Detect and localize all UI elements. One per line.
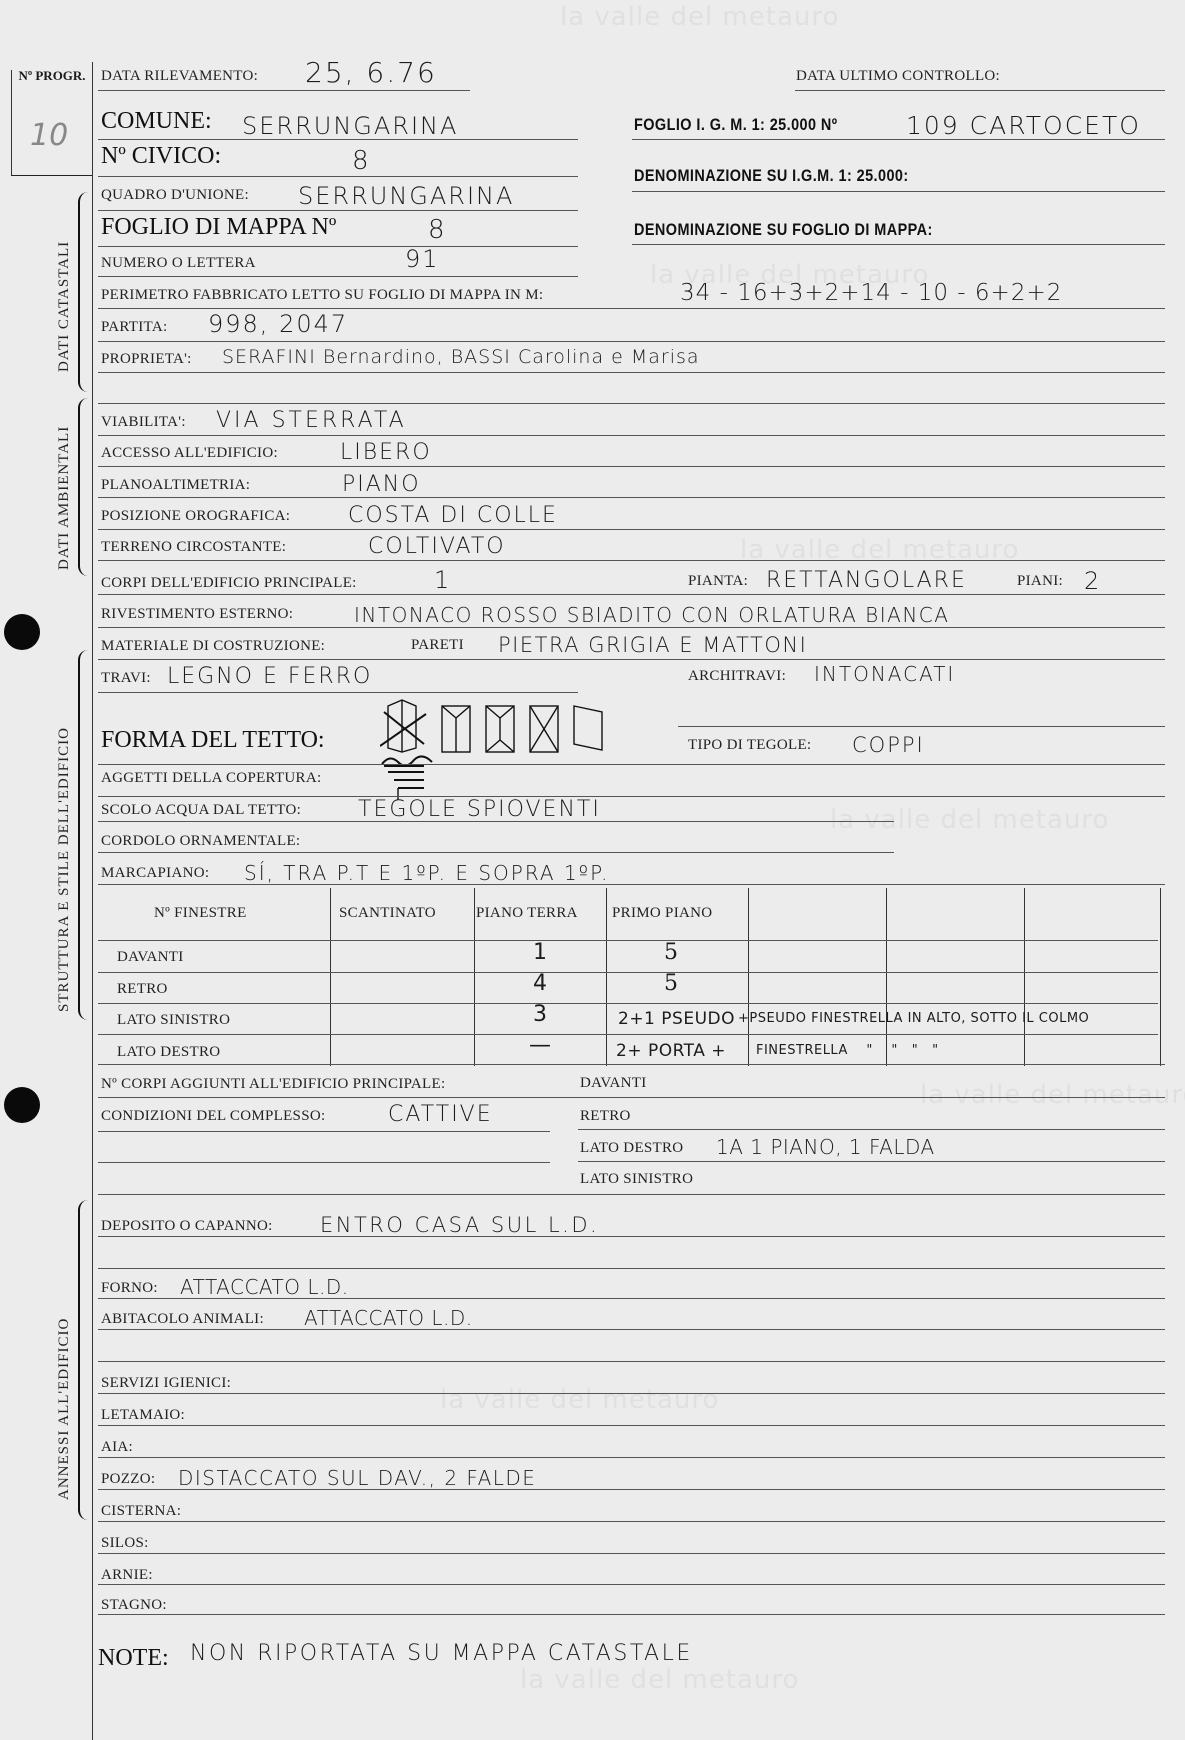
table-header: PRIMO PIANO	[612, 905, 712, 922]
underline	[98, 210, 578, 211]
underline	[98, 560, 1165, 561]
forno-label: FORNO:	[101, 1280, 158, 1297]
corpi-value[interactable]: 1	[434, 566, 451, 594]
marcapiano-value[interactable]: SÍ, TRA P.T E 1ºP. E SOPRA 1ºP.	[244, 861, 609, 885]
underline	[98, 1162, 550, 1163]
marcapiano-label: MARCAPIANO:	[101, 865, 209, 882]
foglio-igm-label: FOGLIO I. G. M. 1: 25.000 Nº	[634, 115, 837, 135]
corpi-aggiunti-label: Nº CORPI AGGIUNTI ALL'EDIFICIO PRINCIPAL…	[101, 1076, 445, 1093]
roof-four-slope-icon[interactable]	[530, 706, 558, 752]
underline	[98, 1553, 1165, 1554]
travi-value[interactable]: LEGNO E FERRO	[167, 664, 372, 689]
extra-note-cell[interactable]: +PSEUDO FINESTRELLA IN ALTO, SOTTO IL CO…	[738, 1011, 1089, 1026]
cisterna-label: CISTERNA:	[101, 1503, 181, 1520]
cornice-icon	[382, 756, 432, 800]
table-col-line	[886, 888, 887, 1066]
perimetro-label: PERIMETRO FABBRICATO LETTO SU FOGLIO DI …	[101, 287, 543, 304]
letamaio-label: LETAMAIO:	[101, 1407, 185, 1424]
deposito-value[interactable]: ENTRO CASA SUL L.D.	[320, 1213, 599, 1237]
terreno-label: TERRENO CIRCOSTANTE:	[101, 539, 286, 556]
extra-note-cell[interactable]: FINESTRELLA " " " "	[756, 1043, 939, 1058]
section-label-annessi: ANNESSI ALL'EDIFICIO	[56, 1318, 73, 1500]
roof-two-slope-icon[interactable]	[442, 706, 470, 752]
retro-label: RETRO	[580, 1108, 631, 1125]
civico-label: Nº CIVICO:	[101, 143, 221, 170]
progr-label: Nº PROGR.	[14, 68, 90, 84]
comune-label: COMUNE:	[101, 108, 212, 135]
servizi-label: SERVIZI IGIENICI:	[101, 1375, 231, 1392]
underline	[98, 852, 894, 853]
underline	[98, 1393, 1165, 1394]
underline	[98, 1489, 1165, 1490]
underline	[98, 90, 470, 91]
underline	[578, 1161, 1165, 1162]
primo-piano-cell[interactable]: 5	[606, 940, 736, 965]
underline	[98, 764, 1165, 765]
piano-terra-cell[interactable]: —	[474, 1033, 606, 1058]
tipo-tegole-value[interactable]: COPPI	[852, 733, 925, 757]
underline	[98, 796, 1165, 797]
brace-annessi	[78, 1200, 88, 1520]
comune-value[interactable]: SERRUNGARINA	[242, 112, 458, 140]
underline	[98, 403, 1165, 404]
quadro-label: QUADRO D'UNIONE:	[101, 187, 249, 204]
planoalt-label: PLANOALTIMETRIA:	[101, 477, 250, 494]
roof-padiglione-crossed-icon[interactable]	[380, 700, 426, 752]
scolo-value[interactable]: TEGOLE SPIOVENTI	[358, 797, 601, 822]
section-label-catastali: DATI CATASTALI	[56, 241, 73, 372]
pozzo-value[interactable]: DISTACCATO SUL DAV., 2 FALDE	[178, 1466, 536, 1490]
underline	[98, 1457, 1165, 1458]
underline	[98, 529, 1165, 530]
proprieta-value[interactable]: SERAFINI Bernardino, BASSI Carolina e Ma…	[222, 346, 700, 368]
margin-line	[92, 62, 93, 1740]
foglio-mappa-value[interactable]: 8	[428, 215, 447, 245]
data-ultimo-controllo-label: DATA ULTIMO CONTROLLO:	[796, 68, 1000, 85]
section-label-struttura: STRUTTURA E STILE DELL'EDIFICIO	[56, 727, 73, 1012]
partita-label: PARTITA:	[101, 319, 167, 336]
civico-value[interactable]: 8	[352, 146, 371, 176]
data-rilevamento-value[interactable]: 25, 6.76	[305, 56, 437, 89]
posizione-label: POSIZIONE OROGRAFICA:	[101, 508, 290, 525]
underline	[98, 176, 578, 177]
progr-box-left	[11, 70, 12, 175]
corpi-label: CORPI DELL'EDIFICIO PRINCIPALE:	[101, 575, 357, 592]
table-col-line	[748, 888, 749, 1066]
underline	[98, 1298, 1165, 1299]
arnie-label: ARNIE:	[101, 1567, 153, 1584]
underline	[632, 244, 1165, 245]
posizione-value[interactable]: COSTA DI COLLE	[348, 503, 558, 528]
abitacolo-value[interactable]: ATTACCATO L.D.	[304, 1306, 473, 1330]
perimetro-value[interactable]: 34 - 16+3+2+14 - 10 - 6+2+2	[680, 280, 1062, 306]
denom-foglio-label: DENOMINAZIONE SU FOGLIO DI MAPPA:	[634, 220, 933, 240]
underline	[678, 726, 1165, 727]
rivestimento-label: RIVESTIMENTO ESTERNO:	[101, 606, 293, 623]
binder-hole	[4, 1087, 40, 1123]
watermark: la valle del metauro	[830, 805, 1109, 835]
foglio-igm-value[interactable]: 109 CARTOCETO	[906, 111, 1141, 140]
underline	[98, 659, 1165, 660]
data-rilevamento-label: DATA RILEVAMENTO:	[101, 68, 258, 85]
piano-terra-cell[interactable]: 4	[474, 971, 606, 996]
architravi-value[interactable]: INTONACATI	[814, 662, 955, 686]
tipo-tegole-label: TIPO DI TEGOLE:	[688, 737, 811, 754]
underline	[98, 1425, 1165, 1426]
piano-terra-cell[interactable]: 1	[474, 940, 606, 965]
brace-catastali	[78, 192, 88, 392]
architravi-label: ARCHITRAVI:	[688, 668, 786, 685]
abitacolo-label: ABITACOLO ANIMALI:	[101, 1311, 264, 1328]
table-header: PIANO TERRA	[476, 905, 578, 922]
table-col-line	[1024, 888, 1025, 1066]
numero-label: NUMERO o LETTERA	[101, 255, 256, 272]
primo-piano-cell[interactable]: 2+1 PSEUDO	[618, 1009, 735, 1029]
underline	[98, 341, 1165, 342]
underline	[98, 1236, 1165, 1237]
forno-value[interactable]: ATTACCATO L.D.	[180, 1275, 349, 1299]
piano-terra-cell[interactable]: 3	[474, 1002, 606, 1027]
viabilita-value[interactable]: VIA STERRATA	[216, 408, 407, 433]
table-col-line	[1160, 888, 1161, 1066]
primo-piano-cell[interactable]: 5	[606, 971, 736, 996]
underline	[795, 90, 1165, 91]
piani-value[interactable]: 2	[1084, 567, 1101, 595]
row-label: LATO DESTRO	[117, 1044, 220, 1061]
underline	[98, 1131, 550, 1132]
underline	[98, 821, 894, 822]
progr-box-bottom	[11, 175, 92, 176]
proprieta-label: PROPRIETA':	[101, 351, 192, 368]
condizioni-value[interactable]: CATTIVE	[388, 1102, 493, 1127]
underline	[98, 308, 1165, 309]
deposito-label: DEPOSITO o CAPANNO:	[101, 1218, 273, 1235]
roof-shape-icons	[380, 696, 610, 806]
accesso-value[interactable]: LIBERO	[340, 440, 432, 465]
table-col-line	[330, 888, 331, 1066]
underline	[578, 1129, 1165, 1130]
brace-ambientali	[78, 398, 88, 576]
pianta-value[interactable]: RETTANGOLARE	[766, 568, 967, 593]
underline	[98, 139, 578, 140]
table-row-line	[98, 1003, 1158, 1004]
roof-single-slope-icon[interactable]	[574, 706, 602, 750]
quadro-value[interactable]: SERRUNGARINA	[298, 182, 514, 210]
underline	[98, 435, 1165, 436]
denom-igm-label: DENOMINAZIONE SU I.G.M. 1: 25.000:	[634, 166, 909, 186]
underline	[98, 1584, 1165, 1585]
table-header: SCANTINATO	[339, 905, 436, 922]
table-header: Nº FINESTRE	[154, 905, 247, 922]
table-row-line	[98, 1034, 1158, 1035]
viabilita-label: VIABILITA':	[101, 414, 186, 431]
watermark: la valle del metauro	[440, 1385, 719, 1415]
numero-value[interactable]: 91	[405, 245, 440, 273]
underline	[98, 466, 1165, 467]
materiale-value[interactable]: PIETRA GRIGIA E MATTONI	[498, 633, 807, 657]
pianta-label: PIANTA:	[688, 573, 748, 590]
partita-value[interactable]: 998, 2047	[208, 310, 348, 338]
aggetti-label: AGGETTI DELLA COPERTURA:	[101, 770, 321, 787]
brace-struttura	[78, 650, 88, 1020]
terreno-value[interactable]: COLTIVATO	[368, 534, 506, 559]
underline	[98, 1194, 1165, 1195]
row-label: RETRO	[117, 981, 168, 998]
davanti-label: DAVANTI	[580, 1075, 647, 1092]
foglio-mappa-label: FOGLIO DI MAPPA Nº	[101, 214, 336, 241]
binder-hole	[4, 614, 40, 650]
roof-hip-icon[interactable]	[486, 706, 514, 752]
underline	[98, 692, 578, 693]
watermark: la valle del metauro	[920, 1080, 1185, 1110]
materiale-label: MATERIALE DI COSTRUZIONE:	[101, 638, 325, 655]
silos-label: SILOS:	[101, 1535, 149, 1552]
stagno-label: STAGNO:	[101, 1597, 167, 1614]
piani-label: PIANI:	[1017, 573, 1063, 590]
pareti-label: PARETI	[411, 637, 464, 654]
underline	[98, 497, 1165, 498]
pozzo-label: POZZO:	[101, 1471, 155, 1488]
underline	[98, 1268, 1165, 1269]
table-bottom	[98, 1064, 1165, 1065]
underline	[98, 1614, 1165, 1615]
underline	[98, 276, 578, 277]
underline	[98, 1361, 1165, 1362]
underline	[98, 1097, 1165, 1098]
rivestimento-value[interactable]: INTONACO ROSSO SBIADITO CON ORLATURA BIA…	[354, 603, 949, 627]
underline	[98, 884, 1165, 885]
row-label: DAVANTI	[117, 949, 184, 966]
note-value[interactable]: NON RIPORTATA SU MAPPA CATASTALE	[190, 1641, 693, 1666]
aia-label: AIA:	[101, 1439, 133, 1456]
planoalt-value[interactable]: PIANO	[342, 472, 421, 497]
note-label: NOTE:	[98, 1645, 169, 1672]
primo-piano-cell[interactable]: 2+ PORTA +	[616, 1041, 726, 1061]
underline	[632, 191, 1165, 192]
section-label-ambientali: DATI AMBIENTALI	[56, 426, 73, 570]
underline	[98, 594, 1165, 595]
accesso-label: ACCESSO ALL'EDIFICIO:	[101, 445, 278, 462]
underline	[98, 627, 1165, 628]
watermark: la valle del metauro	[560, 2, 839, 32]
watermark: la valle del metauro	[520, 1665, 799, 1695]
lato-destro-label: LATO DESTRO	[580, 1140, 683, 1157]
underline	[632, 139, 1165, 140]
condizioni-label: CONDIZIONI DEL COMPLESSO:	[101, 1108, 325, 1125]
underline	[98, 1329, 1165, 1330]
forma-tetto-label: FORMA DEL TETTO:	[101, 727, 325, 754]
progr-value: 10	[30, 118, 68, 153]
lato-sinistro-label: LATO SINISTRO	[580, 1171, 693, 1188]
cordolo-label: CORDOLO ORNAMENTALE:	[101, 833, 300, 850]
travi-label: TRAVI:	[101, 670, 151, 687]
underline	[98, 246, 578, 247]
lato-destro-value[interactable]: 1A 1 PIANO, 1 FALDA	[716, 1135, 935, 1159]
row-label: LATO SINISTRO	[117, 1012, 230, 1029]
underline	[98, 372, 1165, 373]
scolo-label: SCOLO ACQUA DAL TETTO:	[101, 802, 301, 819]
underline	[98, 1521, 1165, 1522]
